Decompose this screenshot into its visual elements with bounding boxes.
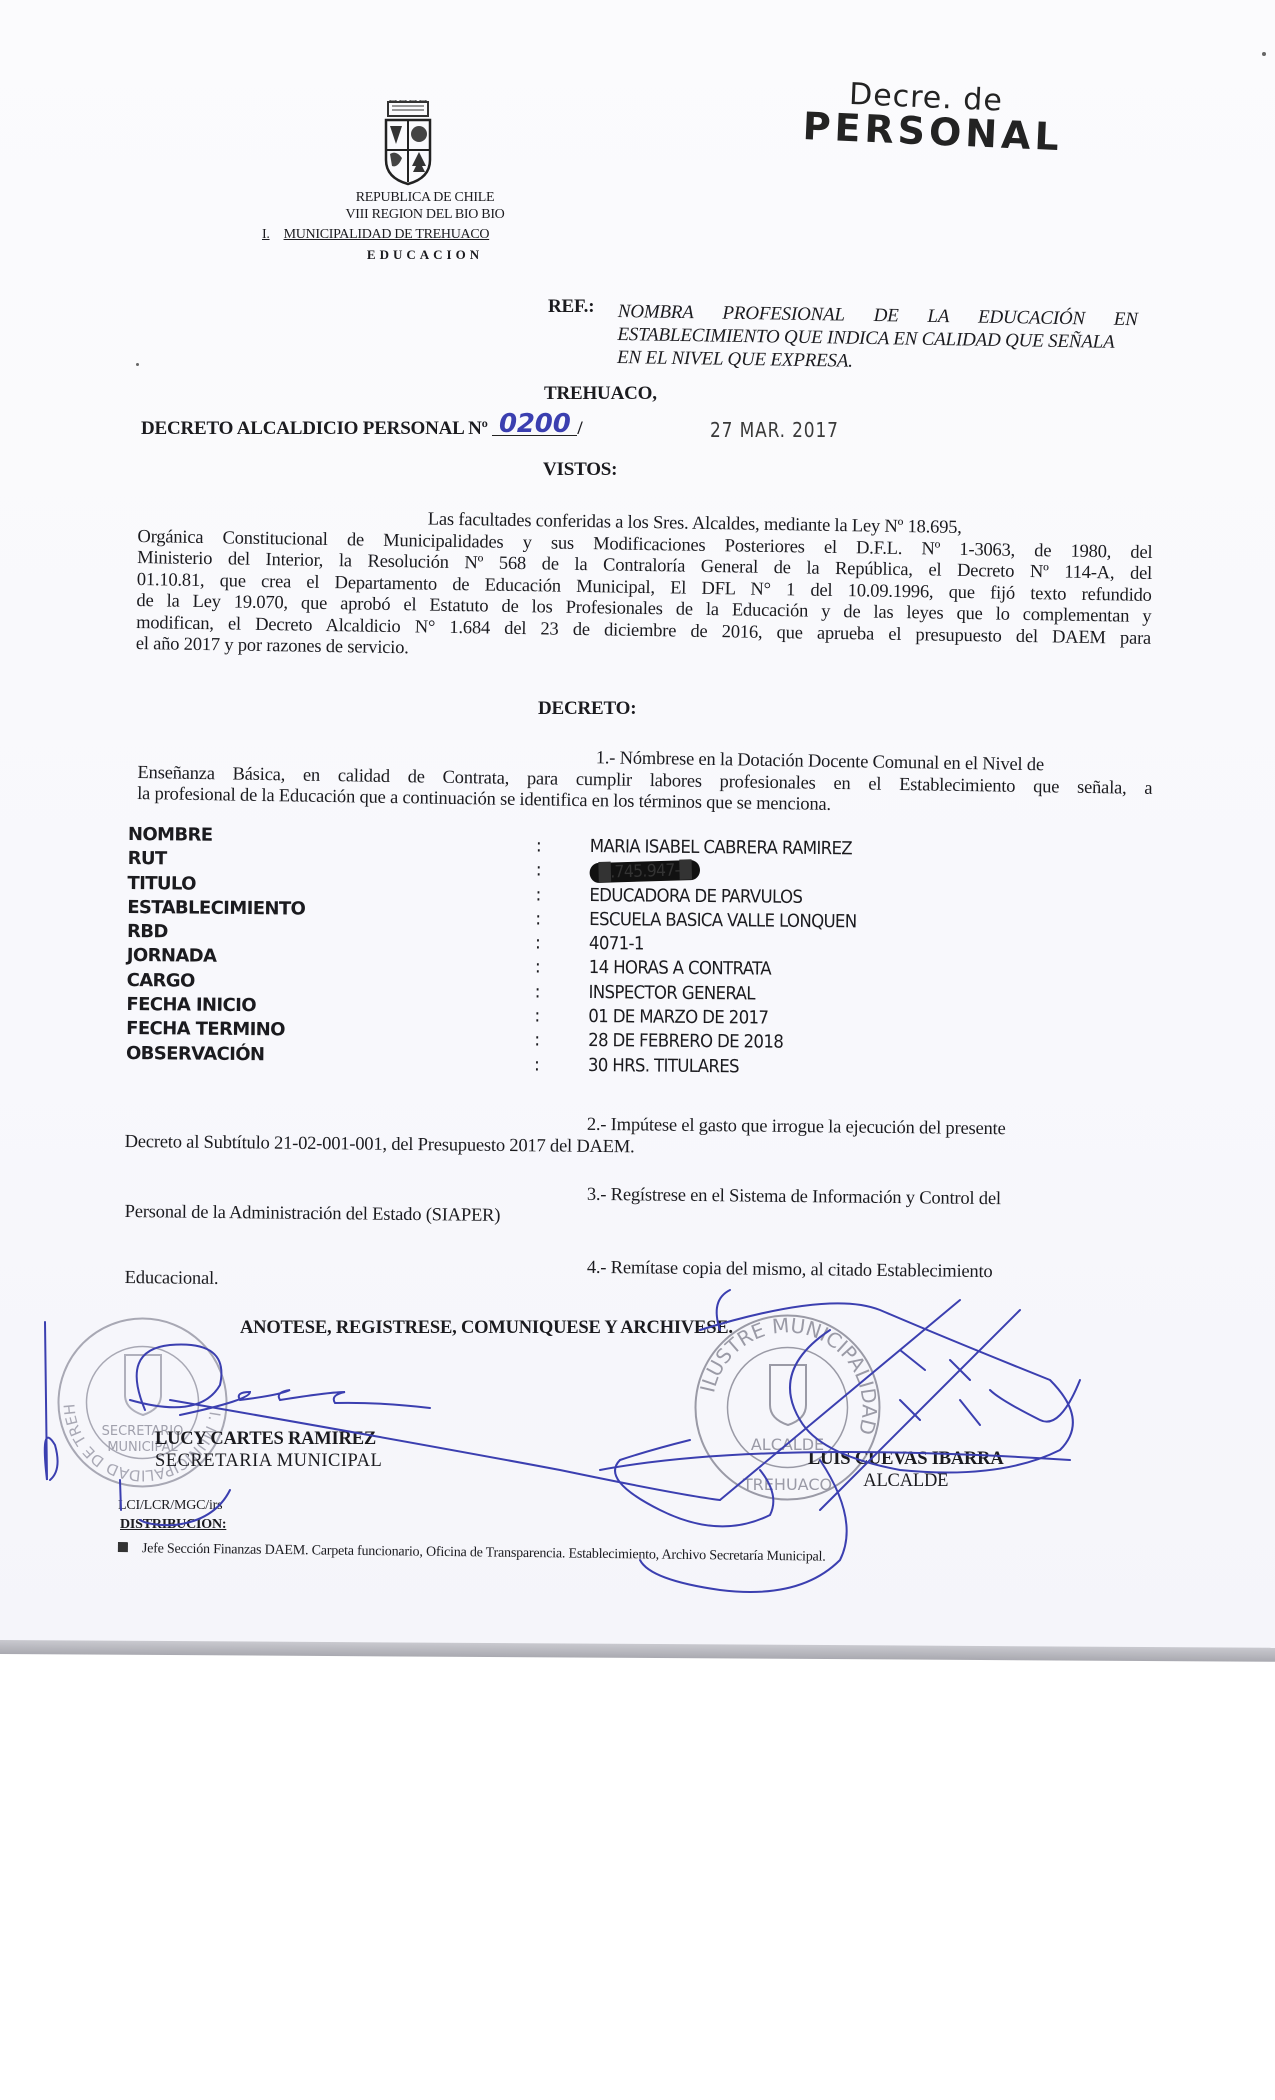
closing-formula: ANOTESE, REGISTRESE, COMUNIQUESE Y ARCHI… xyxy=(240,1318,733,1339)
header-country: REPUBLICA DE CHILE xyxy=(250,190,600,206)
article-2: 2.- Impútese el gasto que irrogue la eje… xyxy=(125,1110,1125,1120)
decree-number-line: DECRETO ALCALDICIO PERSONAL Nº 0200/ xyxy=(141,413,582,440)
article-4-line-1: 4.- Remítase copia del mismo, al citado … xyxy=(587,1258,993,1283)
detail-value: 30 HRS. TITULARES xyxy=(588,1055,739,1077)
ref-body: NOMBRAPROFESIONALDELAEDUCACIÓNEN ESTABLE… xyxy=(617,300,1138,377)
appointee-details: NOMBRE:MARIA ISABEL CABRERA RAMIREZRUT:█… xyxy=(126,824,928,1074)
article-3-line-2: Personal de la Administración del Estado… xyxy=(125,1202,501,1227)
detail-label: RUT xyxy=(128,848,167,869)
detail-label: OBSERVACIÓN xyxy=(126,1043,265,1065)
header-region: VIII REGION DEL BIO BIO xyxy=(250,207,600,223)
detail-label: NOMBRE xyxy=(128,824,213,846)
ref-word: DE xyxy=(873,304,898,327)
municipality-prefix: I. xyxy=(262,227,270,242)
decree-type-stamp: Decre. de PERSONAL xyxy=(802,75,1065,159)
article-4: 4.- Remítase copia del mismo, al citado … xyxy=(125,1253,1125,1263)
scanned-decree-page: REPUBLICA DE CHILE VIII REGION DEL BIO B… xyxy=(0,0,1275,1650)
vistos-heading: VISTOS: xyxy=(543,459,617,481)
signature-block-secretary: LUCY CARTES RAMIREZ SECRETARIA MUNICIPAL xyxy=(155,1428,382,1472)
scan-speck xyxy=(1262,52,1266,56)
detail-label: ESTABLECIMIENTO xyxy=(127,897,305,920)
article-1-paragraph: 1.- Nómbrese en la Dotación Docente Comu… xyxy=(137,741,1153,821)
date-stamp: 27 MAR. 2017 xyxy=(710,418,839,442)
drafting-initials: LCI/LCR/MGC/irs xyxy=(118,1498,222,1514)
distribution-text: Jefe Sección Finanzas DAEM. Carpeta func… xyxy=(142,1541,826,1564)
article-4-line-2: Educacional. xyxy=(125,1268,219,1290)
vistos-paragraph: Las facultades conferidas a los Sres. Al… xyxy=(136,505,1153,671)
article-3-line-1: 3.- Regístrese en el Sistema de Informac… xyxy=(587,1185,1001,1210)
decreto-heading: DECRETO: xyxy=(538,698,636,720)
article-3: 3.- Regístrese en el Sistema de Informac… xyxy=(125,1180,1125,1190)
secretary-title: SECRETARIA MUNICIPAL xyxy=(155,1450,382,1472)
ref-label: REF.: xyxy=(548,296,594,318)
distribution-heading: DISTRIBUCION: xyxy=(120,1517,226,1533)
detail-label: CARGO xyxy=(127,970,195,992)
detail-label: TITULO xyxy=(127,873,196,895)
article-2-line-1: 2.- Impútese el gasto que irrogue la eje… xyxy=(587,1115,1006,1140)
scan-speck xyxy=(136,363,139,366)
detail-label: JORNADA xyxy=(127,945,217,967)
ref-word: EDUCACIÓN xyxy=(978,306,1085,331)
decree-number-suffix: / xyxy=(577,418,582,439)
header-municipality: I.MUNICIPALIDAD DE TREHUACO xyxy=(262,227,602,243)
detail-label: FECHA TERMINO xyxy=(126,1018,285,1040)
ref-word: NOMBRA xyxy=(618,300,694,324)
city: TREHUACO, xyxy=(544,383,657,405)
header-department: EDUCACION xyxy=(250,247,600,263)
ref-word: EN xyxy=(1114,308,1138,331)
municipal-crest-icon xyxy=(378,100,438,186)
mayor-title: ALCALDE xyxy=(808,1470,1004,1492)
decree-title: DECRETO ALCALDICIO PERSONAL Nº xyxy=(141,418,488,439)
decree-number-handwritten: 0200 xyxy=(492,413,577,436)
detail-label: FECHA INICIO xyxy=(126,994,256,1016)
distribution-item: Jefe Sección Finanzas DAEM. Carpeta func… xyxy=(118,1541,826,1566)
ref-word: PROFESIONAL xyxy=(722,302,845,327)
municipality-name: MUNICIPALIDAD DE TREHUACO xyxy=(284,227,490,242)
mayor-name: LUIS CUEVAS IBARRA xyxy=(808,1448,1004,1470)
bullet-square-icon xyxy=(118,1542,128,1552)
detail-label: RBD xyxy=(127,921,168,942)
article-2-line-2: Decreto al Subtítulo 21-02-001-001, del … xyxy=(125,1132,635,1158)
ref-word: LA xyxy=(927,305,949,328)
detail-separator: : xyxy=(534,1054,540,1075)
secretary-name: LUCY CARTES RAMIREZ xyxy=(155,1428,382,1450)
signature-block-mayor: LUIS CUEVAS IBARRA ALCALDE xyxy=(808,1448,1004,1492)
